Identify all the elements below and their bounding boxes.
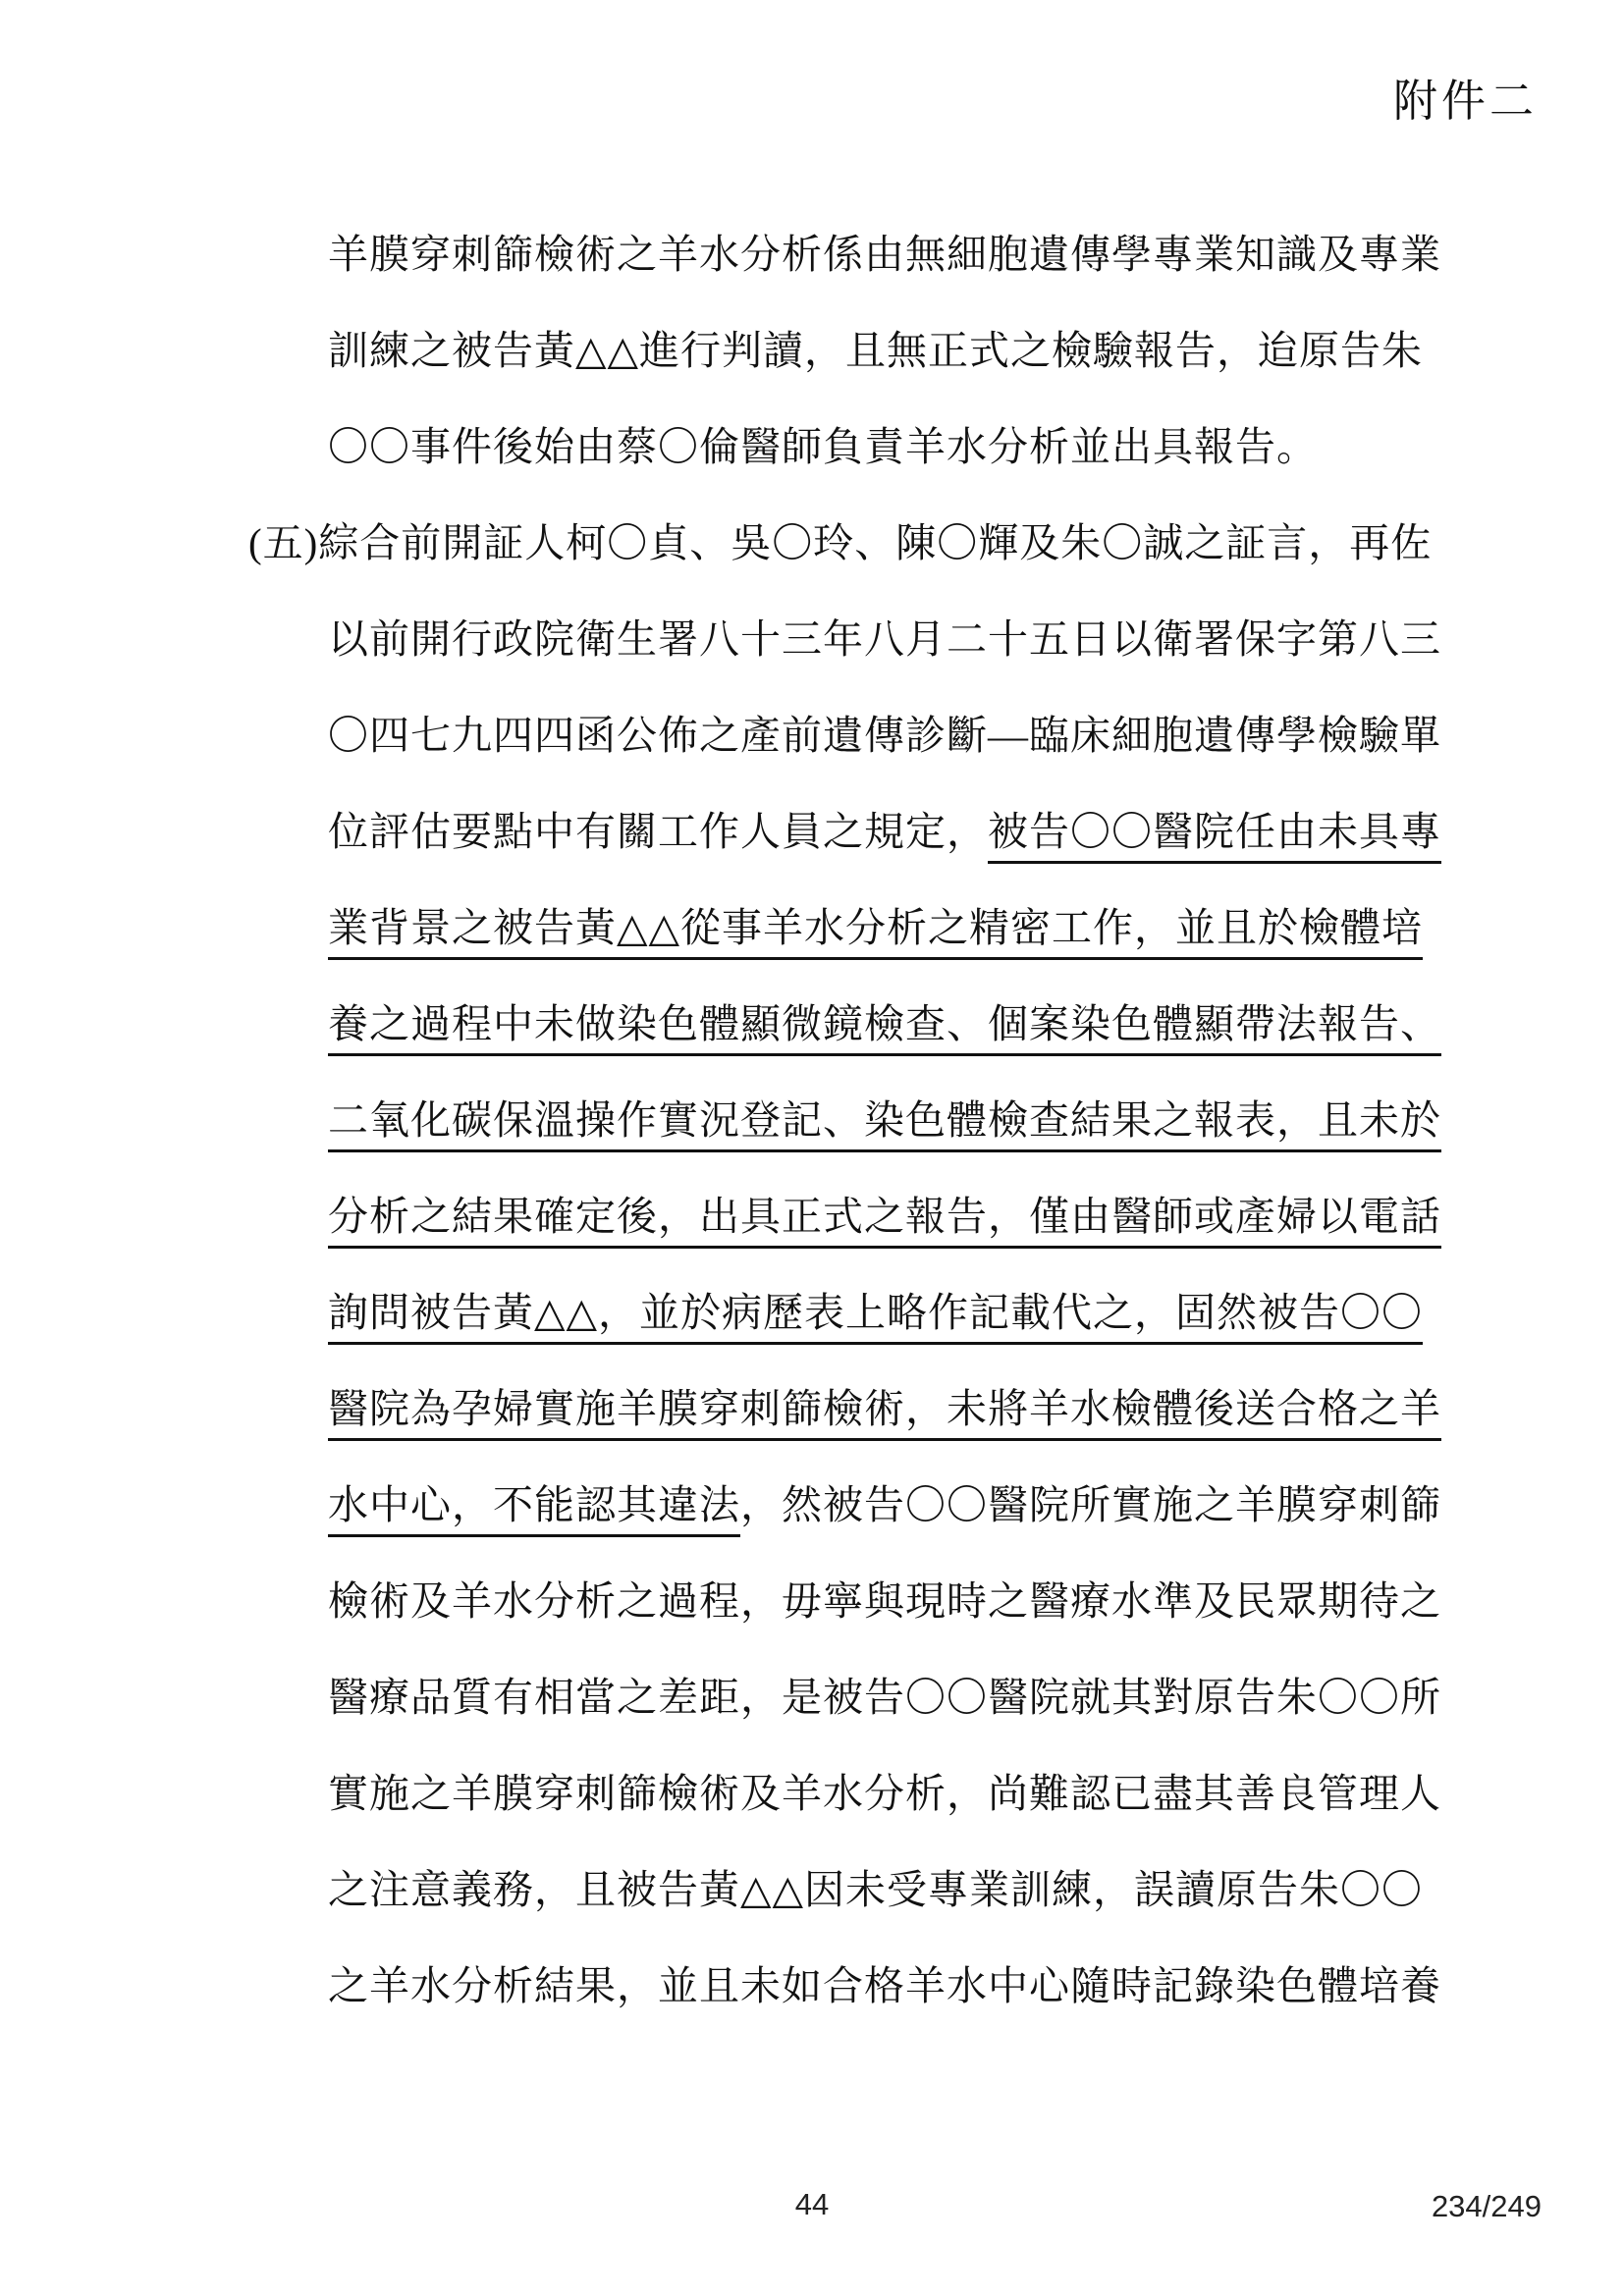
text-line: 詢問被告黃△△，並於病歷表上略作記載代之，固然被告〇〇 [248,1264,1427,1361]
text-segment: 以前開行政院衛生署八十三年八月二十五日以衛署保字第八三 [328,616,1441,662]
underlined-text: 分析之結果確定後，出具正式之報告，僅由醫師或產婦以電話 [328,1194,1441,1249]
text-segment: 羊膜穿刺篩檢術之羊水分析係由無細胞遺傳學專業知識及專業 [328,232,1441,277]
text-segment: 〇四七九四四函公佈之產前遺傳診斷—臨床細胞遺傳學檢驗單 [328,713,1441,758]
text-line: 二氧化碳保溫操作實況登記、染色體檢查結果之報表，且未於 [248,1072,1427,1168]
underlined-text: 養之過程中未做染色體顯微鏡檢查、個案染色體顯帶法報告、 [328,1001,1441,1056]
text-line: 以前開行政院衛生署八十三年八月二十五日以衛署保字第八三 [248,591,1427,687]
text-line: 分析之結果確定後，出具正式之報告，僅由醫師或產婦以電話 [248,1168,1427,1264]
underlined-text: 詢問被告黃△△，並於病歷表上略作記載代之，固然被告〇〇 [328,1290,1423,1345]
text-line: 檢術及羊水分析之過程，毋寧與現時之醫療水準及民眾期待之 [248,1553,1427,1649]
text-line: 實施之羊膜穿刺篩檢術及羊水分析，尚難認已盡其善良管理人 [248,1745,1427,1842]
text-segment: 〇〇事件後始由蔡〇倫醫師負責羊水分析並出具報告。 [328,424,1318,469]
text-line: 羊膜穿刺篩檢術之羊水分析係由無細胞遺傳學專業知識及專業 [248,206,1427,302]
text-segment: ，然被告〇〇醫院所實施之羊膜穿刺篩 [740,1482,1441,1527]
underlined-text: 醫院為孕婦實施羊膜穿刺篩檢術，未將羊水檢體後送合格之羊 [328,1386,1441,1441]
underlined-text: 水中心，不能認其違法 [328,1482,740,1537]
underlined-text: 被告〇〇醫院任由未具專 [988,809,1441,864]
page-number: 44 [0,2187,1624,2222]
text-line: 〇四七九四四函公佈之產前遺傳診斷—臨床細胞遺傳學檢驗單 [248,687,1427,783]
text-line: 訓練之被告黃△△進行判讀，且無正式之檢驗報告，迨原告朱 [248,302,1427,399]
attachment-label: 附件二 [1393,65,1538,129]
page-indicator: 234/249 [1432,2189,1542,2224]
text-line: 醫院為孕婦實施羊膜穿刺篩檢術，未將羊水檢體後送合格之羊 [248,1361,1427,1457]
text-line: (五)綜合前開証人柯〇貞、吳〇玲、陳〇輝及朱〇誠之証言，再佐 [248,495,1427,591]
text-segment: 位評估要點中有關工作人員之規定， [328,809,988,854]
text-segment: 檢術及羊水分析之過程，毋寧與現時之醫療水準及民眾期待之 [328,1578,1441,1624]
text-segment: 醫療品質有相當之差距，是被告〇〇醫院就其對原告朱〇〇所 [328,1675,1441,1720]
text-segment: 訓練之被告黃△△進行判讀，且無正式之檢驗報告，迨原告朱 [328,328,1423,373]
text-segment: (五)綜合前開証人柯〇貞、吳〇玲、陳〇輝及朱〇誠之証言，再佐 [248,520,1432,565]
text-segment: 之注意義務，且被告黃△△因未受專業訓練，誤讀原告朱〇〇 [328,1867,1423,1912]
text-line: 之羊水分析結果，並且未如合格羊水中心隨時記錄染色體培養 [248,1938,1427,2034]
text-line: 位評估要點中有關工作人員之規定，被告〇〇醫院任由未具專 [248,783,1427,880]
document-page: 附件二 羊膜穿刺篩檢術之羊水分析係由無細胞遺傳學專業知識及專業訓練之被告黃△△進… [0,0,1624,2296]
text-segment: 實施之羊膜穿刺篩檢術及羊水分析，尚難認已盡其善良管理人 [328,1771,1441,1816]
text-line: 業背景之被告黃△△從事羊水分析之精密工作，並且於檢體培 [248,880,1427,976]
text-line: 醫療品質有相當之差距，是被告〇〇醫院就其對原告朱〇〇所 [248,1649,1427,1745]
text-line: 之注意義務，且被告黃△△因未受專業訓練，誤讀原告朱〇〇 [248,1842,1427,1938]
underlined-text: 二氧化碳保溫操作實況登記、染色體檢查結果之報表，且未於 [328,1097,1441,1152]
underlined-text: 業背景之被告黃△△從事羊水分析之精密工作，並且於檢體培 [328,905,1423,960]
text-line: 水中心，不能認其違法，然被告〇〇醫院所實施之羊膜穿刺篩 [248,1457,1427,1553]
text-line: 〇〇事件後始由蔡〇倫醫師負責羊水分析並出具報告。 [248,399,1427,495]
document-text-block: 羊膜穿刺篩檢術之羊水分析係由無細胞遺傳學專業知識及專業訓練之被告黃△△進行判讀，… [248,206,1427,2034]
text-segment: 之羊水分析結果，並且未如合格羊水中心隨時記錄染色體培養 [328,1963,1441,2008]
text-line: 養之過程中未做染色體顯微鏡檢查、個案染色體顯帶法報告、 [248,976,1427,1072]
